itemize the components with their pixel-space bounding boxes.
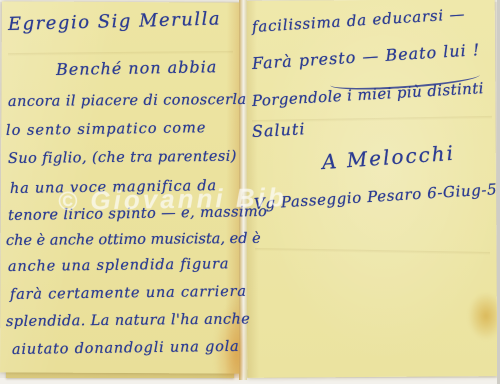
handwriting-line: che è anche ottimo musicista, ed è <box>6 231 261 249</box>
handwriting-line: ancora il piacere di conoscerla <box>8 92 247 110</box>
photo-border-bottom <box>0 378 500 384</box>
handwriting-line: farà certamente una carriera <box>10 284 247 303</box>
handwriting-line-closing: Saluti <box>252 119 306 141</box>
handwriting-line: anche una splendida figura <box>8 256 229 275</box>
handwriting-line: lo sento simpatico come <box>6 120 207 139</box>
letter-photo: Egregio Sig Merulla Benché non abbia anc… <box>0 0 500 384</box>
paper-stain <box>468 292 498 340</box>
handwriting-line: Benché non abbia <box>56 57 218 79</box>
copyright-watermark: © Giovanni Bib <box>58 182 287 217</box>
handwriting-line: splendida. La natura l'ha anche <box>6 311 250 330</box>
handwriting-line: aiutato donandogli una gola <box>12 339 240 358</box>
handwriting-line: Suo figlio, (che tra parentesi) <box>8 149 237 167</box>
